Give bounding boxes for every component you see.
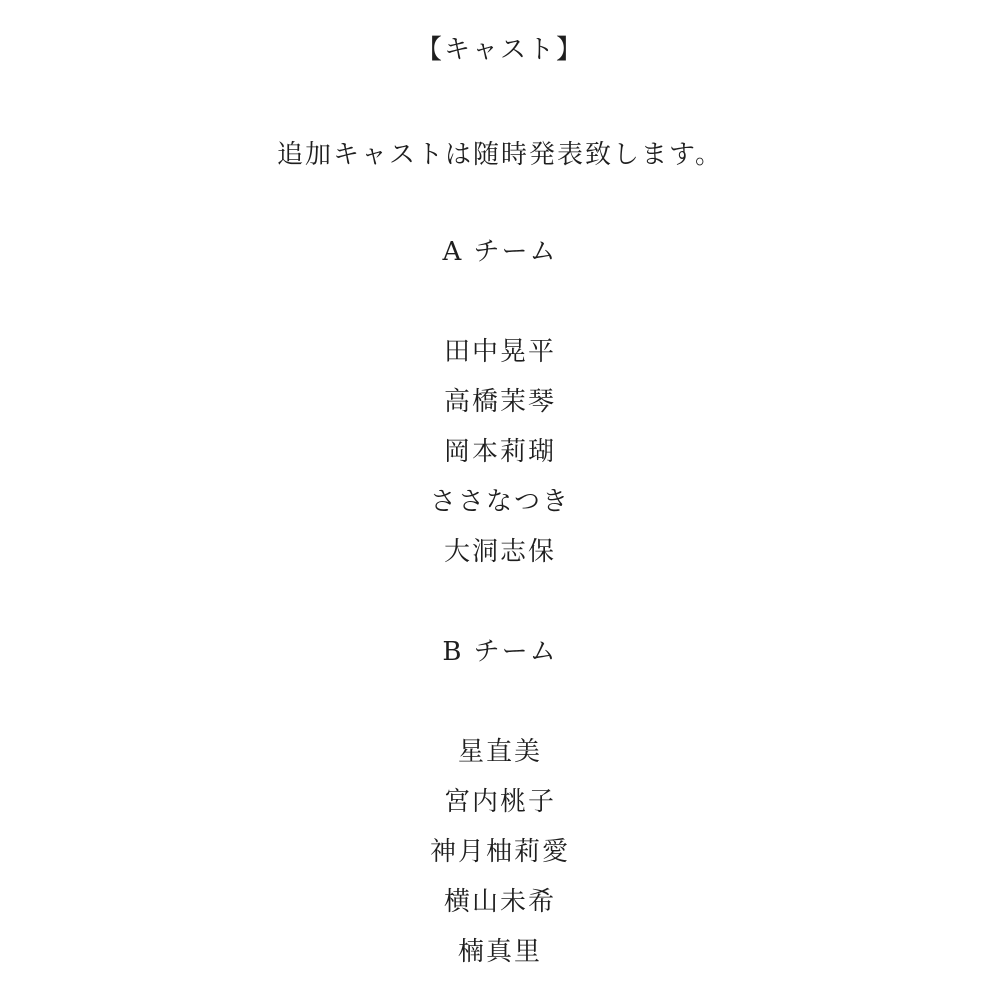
cast-member: 高橋茉琴 [0,384,1000,420]
cast-member: 横山未希 [0,884,1000,920]
cast-member: 岡本莉瑚 [0,434,1000,470]
additional-cast-note: 追加キャストは随時発表致します。 [0,137,1000,173]
cast-member: 星直美 [0,734,1000,770]
cast-member: 田中晃平 [0,334,1000,370]
cast-member: 大洞志保 [0,534,1000,570]
team-a-label: A チーム [0,234,1000,270]
cast-member: 宮内桃子 [0,784,1000,820]
cast-heading: 【キャスト】 [0,32,1000,68]
cast-member: ささなつき [0,484,1000,520]
cast-member: 神月柚莉愛 [0,834,1000,870]
team-b-label: B チーム [0,634,1000,670]
cast-member: 楠真里 [0,934,1000,970]
